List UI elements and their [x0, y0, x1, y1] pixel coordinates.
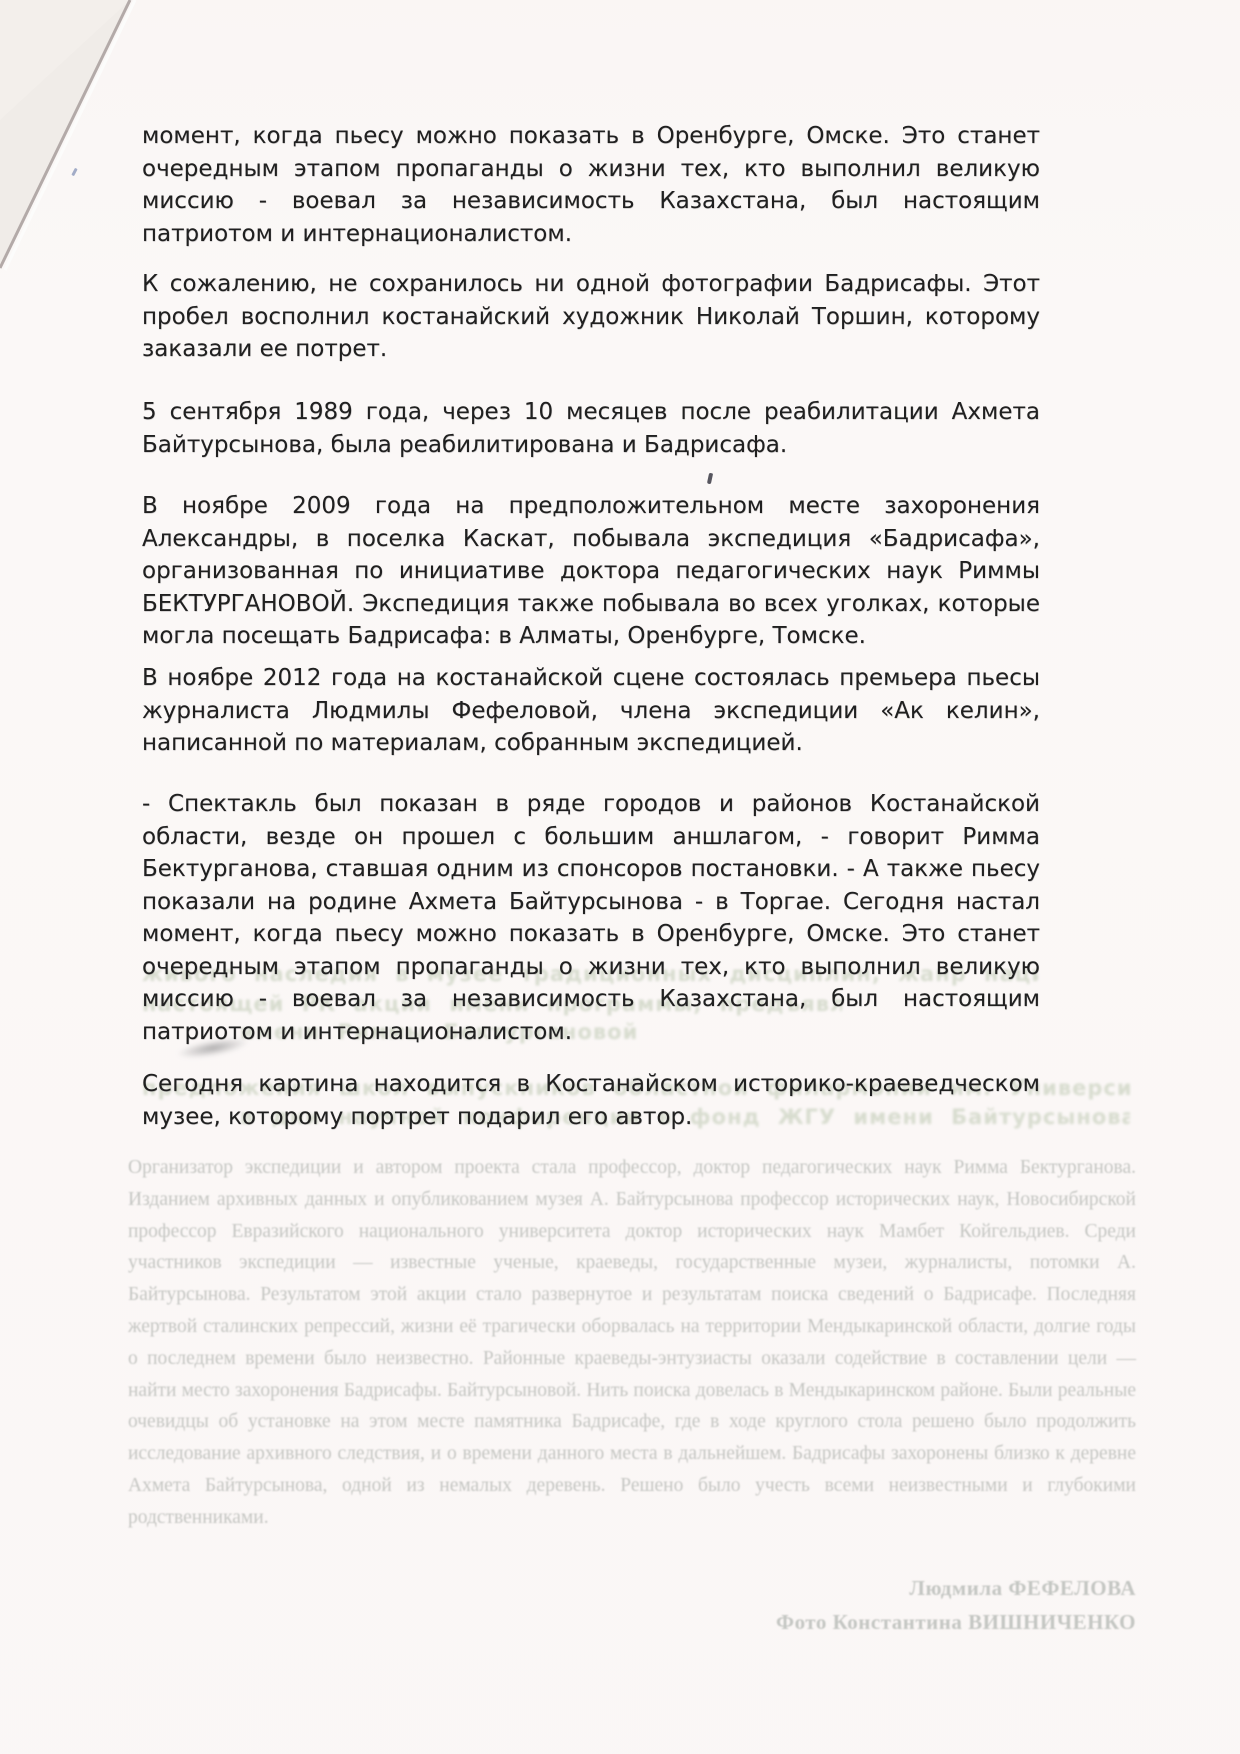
- paragraph-5: В ноябре 2012 года на костанайской сцене…: [142, 662, 1040, 760]
- bleedthrough-author-credit: Людмила ФЕФЕЛОВА: [909, 1576, 1136, 1601]
- scanned-document-page: живого наследия в музее традиционных дис…: [0, 0, 1240, 1754]
- bleedthrough-photo-credit: Фото Константина ВИШНИЧЕНКО: [776, 1610, 1136, 1635]
- ink-squiggle-artifact: [707, 473, 713, 485]
- paragraph-1: момент, когда пьесу можно показать в Оре…: [142, 120, 1040, 250]
- page-corner-fold: [0, 0, 150, 290]
- paragraph-6: - Спектакль был показан в ряде городов и…: [142, 788, 1040, 1048]
- paragraph-3: 5 сентября 1989 года, через 10 месяцев п…: [142, 396, 1040, 461]
- paragraph-2: К сожалению, не сохранилось ни одной фот…: [142, 268, 1040, 366]
- paragraph-4: В ноябре 2009 года на предположительном …: [142, 490, 1040, 653]
- paragraph-7: Сегодня картина находится в Костанайском…: [142, 1068, 1040, 1133]
- bleedthrough-reverse-paragraph: Организатор экспедиции и автором проекта…: [128, 1152, 1136, 1534]
